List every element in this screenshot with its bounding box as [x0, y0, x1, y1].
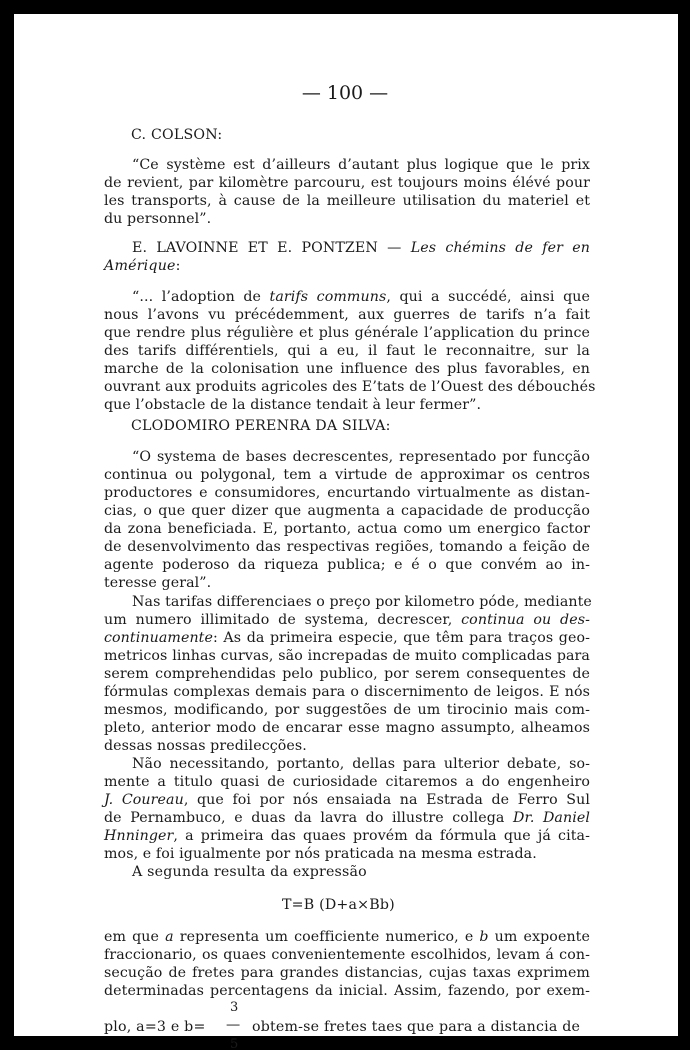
section-heading-colson: C. COLSON: [131, 127, 222, 143]
italic-text: Dr. Daniel [513, 810, 590, 826]
quote-line: continua ou polygonal, tem a virtude de … [104, 467, 590, 483]
body-line: plo, a=3 e b= [104, 1019, 206, 1035]
fraction-bar: — [226, 1017, 240, 1033]
section-heading-clodomiro: CLODOMIRO PERENRA DA SILVA: [131, 418, 391, 434]
fraction-numerator: 3 [230, 1000, 238, 1015]
italic-text: J. Coureau [104, 792, 184, 808]
quote-line: cias, o que quer dizer que augmenta a ca… [104, 503, 590, 519]
quote-line: ouvrant aux produits agricoles des E’tat… [104, 379, 590, 395]
body-line: continuamente: As da primeira especie, q… [104, 630, 590, 646]
quote-line: da zona beneficiada. E, portanto, actua … [104, 521, 590, 537]
quote-line: “Ce système est d’ailleurs d’autant plus… [104, 157, 590, 173]
body-line: fórmulas complexas demais para o discern… [104, 684, 590, 700]
text: um expoente [495, 929, 590, 945]
heading-italic-2: Amérique [104, 258, 176, 274]
body-line: metricos linhas curvas, são increpadas d… [104, 648, 590, 664]
text: , que foi por nós ensaiada na Estrada de… [184, 792, 590, 808]
body-line: determinadas percentagens da inicial. As… [104, 983, 590, 999]
body-line: secução de fretes para grandes distancia… [104, 965, 590, 981]
quote-line: marche de la colonisation une influence … [104, 361, 590, 377]
quote-line: agente poderoso da riqueza publica; e é … [104, 557, 590, 573]
body-line: Hnninger, a primeira das quaes provém da… [104, 828, 590, 844]
text: , qui a succédé, ainsi que [386, 289, 590, 305]
section-heading-lavoinne: E. LAVOINNE ET E. PONTZEN — Les chémins … [104, 240, 590, 256]
formula: T=B (D+a×Bb) [282, 897, 395, 913]
quote-line: des tarifs différentiels, qui a eu, il f… [104, 343, 590, 359]
quote-line: les transports, à cause de la meilleure … [104, 193, 590, 209]
italic-text: Hnninger [104, 828, 173, 844]
body-line: Não necessitando, portanto, dellas para … [104, 756, 590, 772]
body-line: em que a representa um coefficiente nume… [104, 929, 590, 945]
quote-line: nous l’avons vu précédemment, aux guerre… [104, 307, 590, 323]
quote-line: teresse geral”. [104, 575, 590, 591]
italic-text: continuamente [104, 630, 213, 646]
quote-line: productores e consumidores, encurtando v… [104, 485, 590, 501]
body-line: mente a titulo quasi de curiosidade cita… [104, 774, 590, 790]
text: : As da primeira especie, que têm para t… [213, 630, 590, 646]
text: de Pernambuco, e duas da lavra do illust… [104, 810, 504, 826]
quote-line: du personnel”. [104, 211, 590, 227]
italic-text: continua ou des- [461, 612, 590, 628]
text: , a primeira das quaes provém da fórmula… [173, 828, 590, 844]
text: representa um coefficiente numerico, e [180, 929, 474, 945]
page-number: — 100 — [0, 82, 690, 104]
text: um numero illimitado de systema, decresc… [104, 612, 452, 628]
quote-line: que rendre plus régulière et plus généra… [104, 325, 590, 341]
quote-line: de desenvolvimento das respectivas regiõ… [104, 539, 590, 555]
body-line: Nas tarifas differenciaes o preço por ki… [104, 594, 590, 610]
italic-text: tarifs communs [270, 289, 387, 305]
body-line: um numero illimitado de systema, decresc… [104, 612, 590, 628]
body-line: pleto, anterior modo de encarar esse mag… [104, 720, 590, 736]
quote-line: de revient, par kilomètre parcouru, est … [104, 175, 590, 191]
body-line: mos, e foi igualmente por nós praticada … [104, 846, 590, 862]
body-line: serem comprehendidas pelo publico, por s… [104, 666, 590, 682]
heading-italic: Les chémins de fer en [411, 240, 590, 256]
body-line: A segunda resulta da expressão [132, 864, 367, 880]
italic-text: b [479, 929, 488, 945]
body-line: J. Coureau, que foi por nós ensaiada na … [104, 792, 590, 808]
italic-text: a [165, 929, 174, 945]
fraction-denominator: 5 [230, 1037, 238, 1050]
body-line: mesmos, modificando, por suggestões de u… [104, 702, 590, 718]
body-line: fraccionario, os quaes convenientemente … [104, 947, 590, 963]
quote-line: que l’obstacle de la distance tendait à … [104, 397, 590, 413]
colon: : [176, 258, 181, 274]
heading-continued: Amérique: [104, 258, 181, 274]
heading-text: E. LAVOINNE ET E. PONTZEN — [132, 240, 401, 256]
quote-line: “O systema de bases decrescentes, repres… [104, 449, 590, 465]
body-line: dessas nossas predilecções. [104, 738, 590, 754]
text: “... l’adoption de [132, 289, 261, 305]
quote-line: “... l’adoption de tarifs communs, qui a… [104, 289, 590, 305]
body-line: de Pernambuco, e duas da lavra do illust… [104, 810, 590, 826]
text: em que [104, 929, 159, 945]
body-line: obtem-se fretes taes que para a distanci… [252, 1019, 580, 1035]
